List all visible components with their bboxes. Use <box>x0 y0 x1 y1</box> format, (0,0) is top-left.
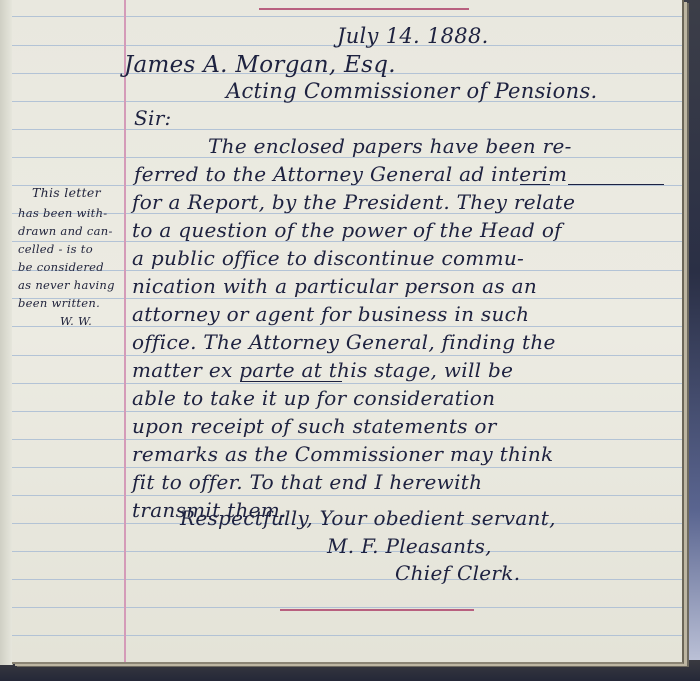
ruled-line <box>12 607 682 608</box>
margin-note-line: has been with- <box>18 206 108 220</box>
ruled-line <box>12 495 682 496</box>
ruled-line <box>12 270 682 271</box>
ruled-line <box>12 439 682 440</box>
body-line: matter ex parte at this stage, will be <box>132 358 513 382</box>
ledger-page: July 14. 1888. James A. Morgan, Esq. Act… <box>12 0 684 664</box>
background-right <box>684 0 700 681</box>
ruled-line <box>12 298 682 299</box>
body-line: a public office to discontinue commu- <box>132 246 524 270</box>
margin-note-line: been written. <box>18 296 100 310</box>
body-line: ferred to the Attorney General ad interi… <box>134 162 567 186</box>
body-line: nication with a particular person as an <box>132 274 537 298</box>
ruled-line <box>12 467 682 468</box>
margin-note-line: be considered <box>18 260 104 274</box>
margin-note-line: This letter <box>32 185 101 200</box>
salutation: Sir: <box>134 106 172 130</box>
bottom-divider <box>280 609 474 611</box>
ruled-line <box>12 411 682 412</box>
underline-interim <box>568 184 664 185</box>
signature: M. F. Pleasants, <box>327 534 492 558</box>
ruled-line <box>12 383 682 384</box>
margin-note-line: drawn and can- <box>18 224 113 238</box>
top-divider <box>259 8 469 10</box>
ruled-line <box>12 579 682 580</box>
ruled-line <box>12 16 682 17</box>
recipient-name: James A. Morgan, Esq. <box>124 52 396 78</box>
body-line: fit to offer. To that end I herewith <box>132 470 482 494</box>
signer-title: Chief Clerk. <box>395 561 520 585</box>
underline-ex-parte <box>240 381 342 382</box>
body-line: office. The Attorney General, finding th… <box>132 330 556 354</box>
body-line: able to take it up for consideration <box>132 386 495 410</box>
body-line: remarks as the Commissioner may think <box>132 442 553 466</box>
margin-note-initials: W. W. <box>60 314 92 328</box>
ruled-line <box>12 635 682 636</box>
margin-line <box>124 0 126 662</box>
recipient-title: Acting Commissioner of Pensions. <box>226 79 598 103</box>
body-line: for a Report, by the President. They rel… <box>132 190 575 214</box>
body-line: to a question of the power of the Head o… <box>132 218 562 242</box>
letter-date: July 14. 1888. <box>337 24 489 48</box>
margin-note-line: celled - is to <box>18 242 93 256</box>
ruled-line <box>12 326 682 327</box>
body-line: The enclosed papers have been re- <box>208 134 572 158</box>
ruled-line <box>12 355 682 356</box>
underline-ad <box>520 184 550 185</box>
ruled-line <box>12 129 682 130</box>
body-line: upon receipt of such statements or <box>132 414 497 438</box>
body-line: attorney or agent for business in such <box>132 302 529 326</box>
margin-note-line: as never having <box>18 278 115 292</box>
closing: Respectfully, Your obedient servant, <box>180 506 556 530</box>
